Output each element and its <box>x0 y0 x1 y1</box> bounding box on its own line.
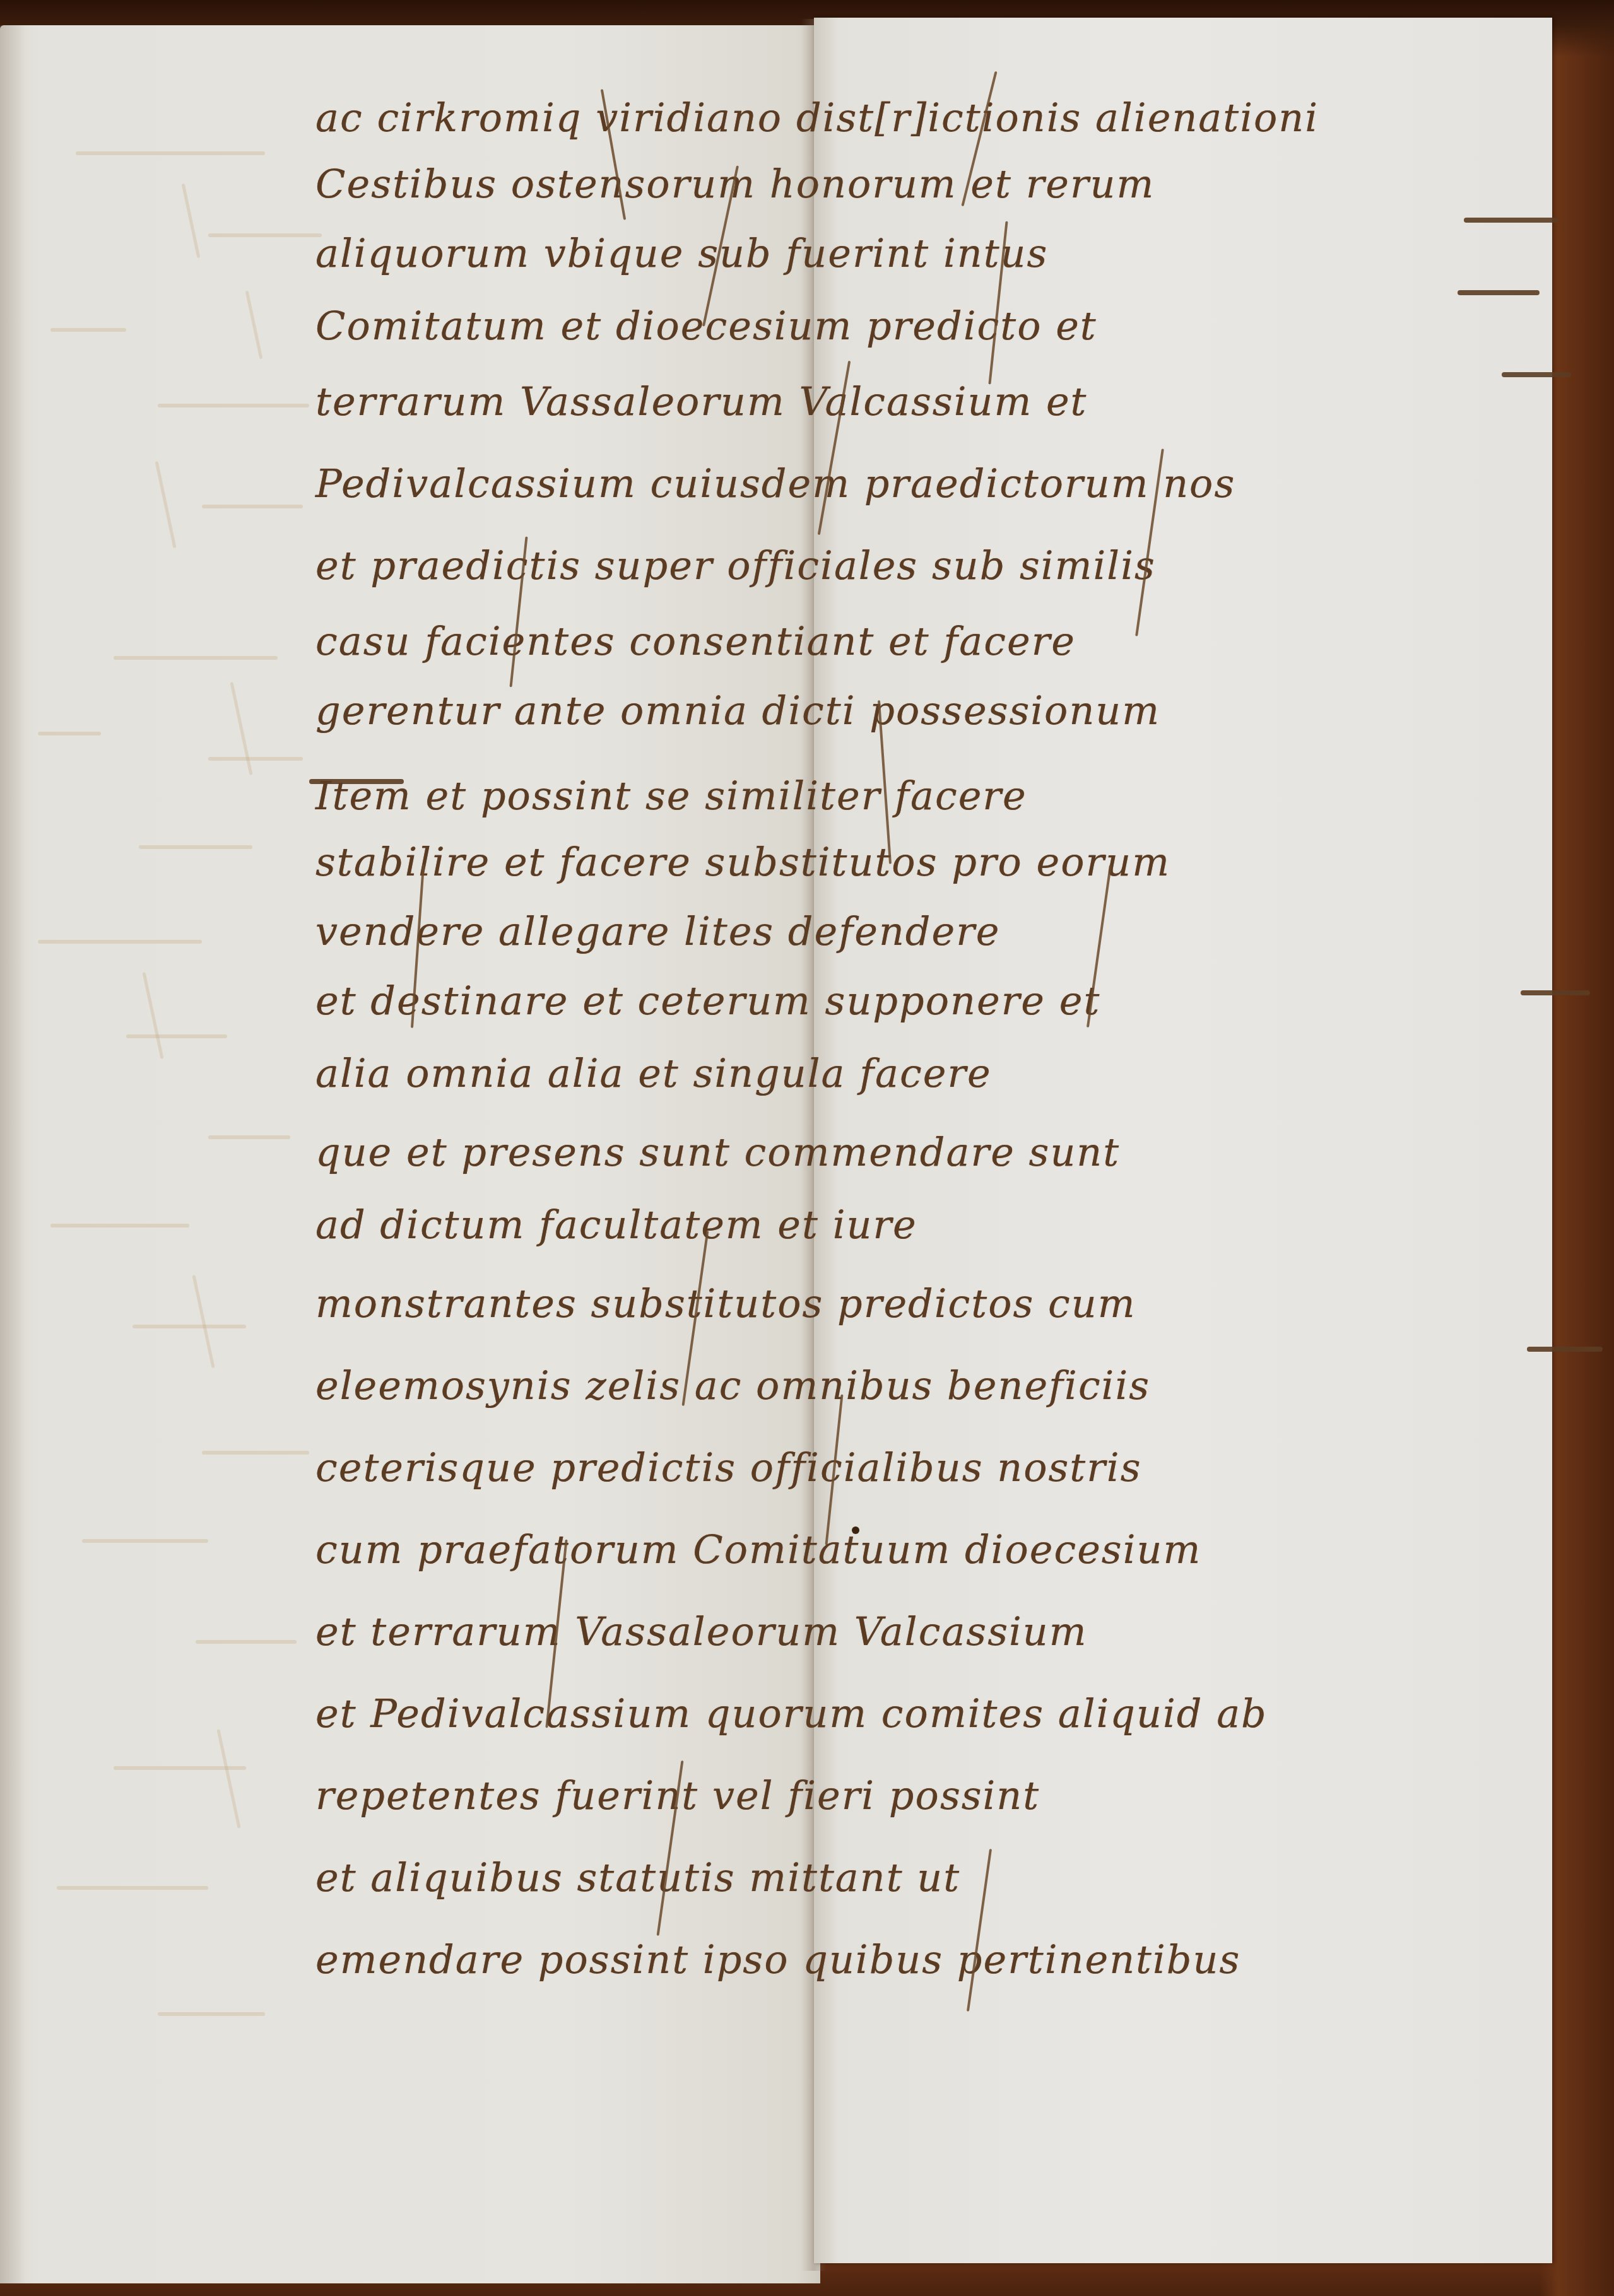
ink-blot <box>852 1526 859 1534</box>
manuscript-line: terrarum Vassaleorum Valcassium et <box>315 378 1577 423</box>
manuscript-line: ceterisque predictis officialibus nostri… <box>315 1444 1577 1489</box>
manuscript-line: et praedictis super officiales sub simil… <box>315 542 1577 587</box>
line-start-flourish <box>309 779 404 784</box>
manuscript-line: vendere allegare lites defendere <box>315 908 1577 952</box>
manuscript-line: ad dictum facultatem et iure <box>315 1202 1577 1246</box>
manuscript-line: Pedivalcassium cuiusdem praedictorum nos <box>315 460 1577 505</box>
manuscript-line: casu facientes consentiant et facere <box>315 618 1577 662</box>
manuscript-line: monstrantes substitutos predictos cum <box>315 1280 1577 1325</box>
manuscript-line: et Pedivalcassium quorum comites aliquid… <box>315 1690 1577 1735</box>
manuscript-line: gerentur ante omnia dicti possessionum <box>315 688 1577 732</box>
line-end-flourish <box>1527 1347 1603 1352</box>
manuscript-line: ac cirkromiq viridiano dist[r]ictionis a… <box>315 95 1577 139</box>
manuscript-line: Cestibus ostensorum honorum et rerum <box>315 161 1577 205</box>
manuscript-line: stabilire et facere substitutos pro eoru… <box>315 839 1577 883</box>
line-end-flourish <box>1464 218 1558 223</box>
manuscript-line: et destinare et ceterum supponere et <box>315 978 1577 1022</box>
manuscript-line: et aliquibus statutis mittant ut <box>315 1854 1577 1899</box>
manuscript-line: Item et possint se similiter facere <box>315 773 1577 817</box>
manuscript-line: emendare possint ipso quibus pertinentib… <box>315 1936 1577 1981</box>
manuscript-line: cum praefatorum Comitatuum dioecesium <box>315 1526 1577 1571</box>
line-end-flourish <box>1521 990 1590 995</box>
manuscript-line: que et presens sunt commendare sunt <box>315 1129 1577 1173</box>
manuscript-line: eleemosynis zelis ac omnibus beneficiis <box>315 1362 1577 1407</box>
line-end-flourish <box>1458 290 1540 295</box>
line-end-flourish <box>1502 372 1571 377</box>
manuscript-line: aliquorum vbique sub fuerint intus <box>315 230 1577 274</box>
manuscript-line: Comitatum et dioecesium predicto et <box>315 303 1577 347</box>
manuscript-line: et terrarum Vassaleorum Valcassium <box>315 1608 1577 1653</box>
manuscript-line: alia omnia alia et singula facere <box>315 1050 1577 1094</box>
manuscript-line: repetentes fuerint vel fieri possint <box>315 1772 1577 1817</box>
